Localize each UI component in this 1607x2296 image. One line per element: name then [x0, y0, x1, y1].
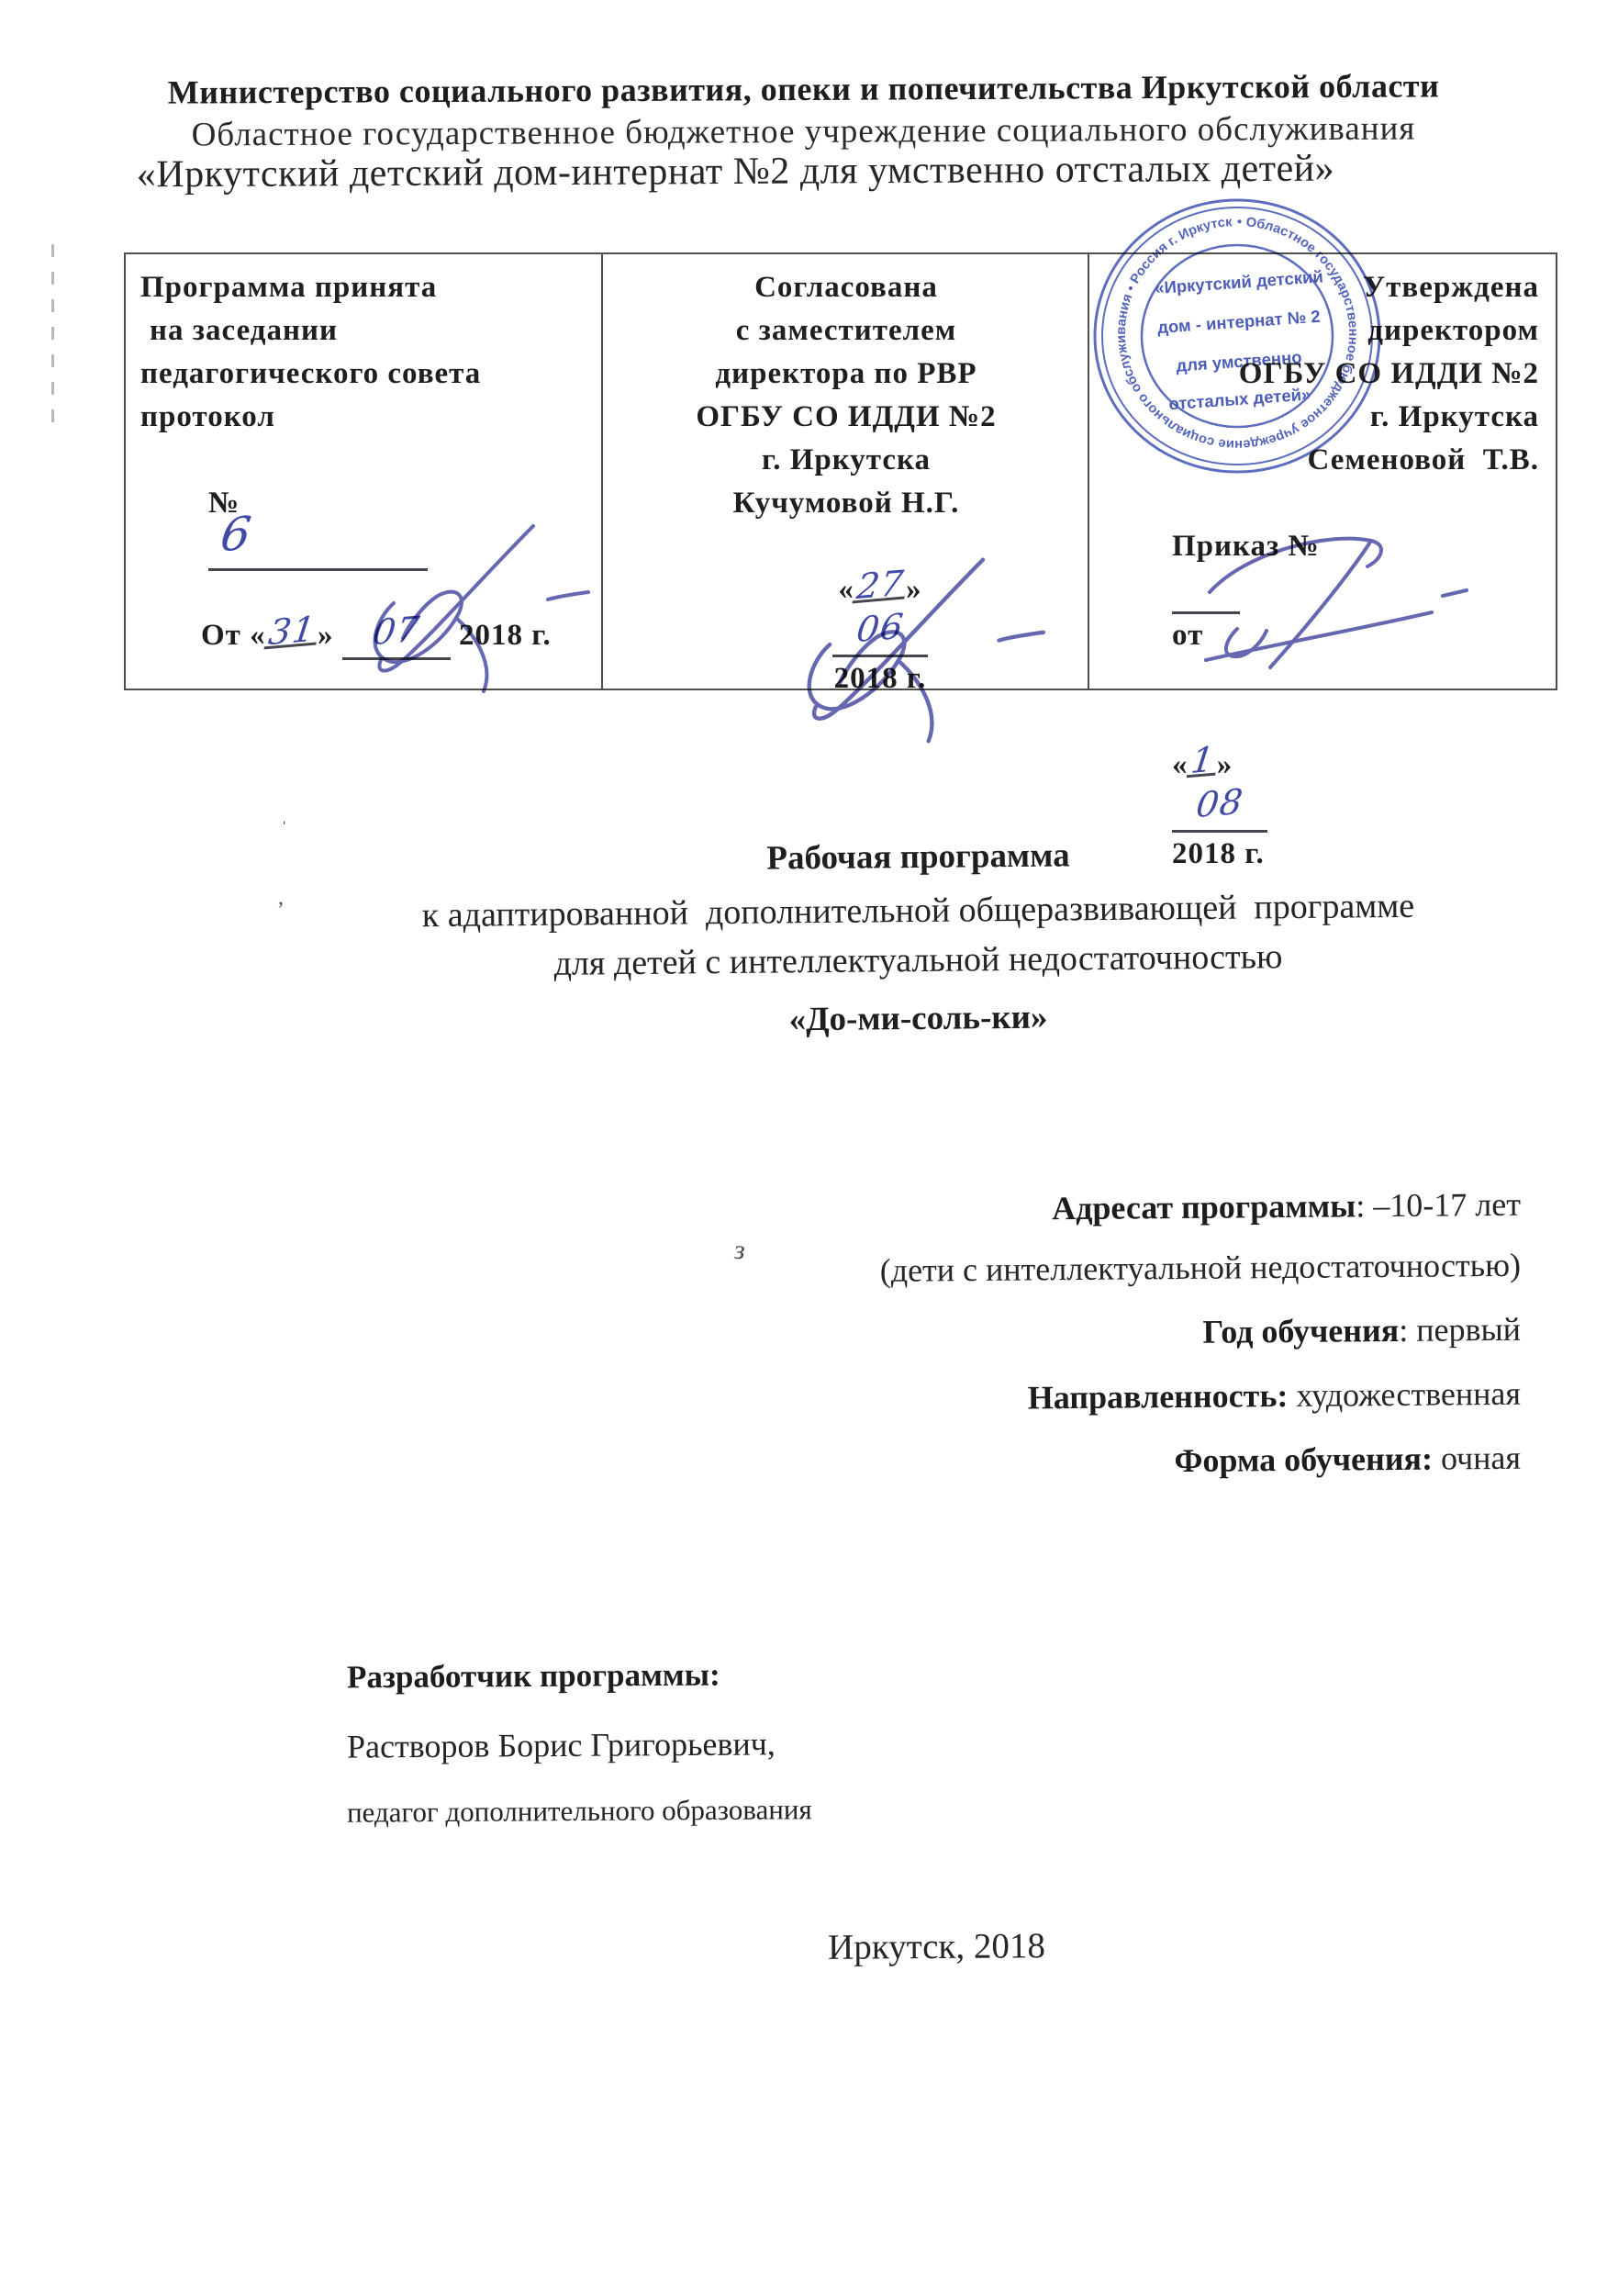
document-subtitle: для детей с интеллектуальной недостаточн…	[229, 934, 1607, 987]
handwritten-day: 1	[1186, 745, 1219, 778]
study-form-row: Форма обучения: очная	[0, 1439, 1521, 1490]
agreed-line: Согласована	[618, 266, 1075, 309]
accepted-line: Программа принята	[140, 266, 588, 309]
document-page: Министерство социального развития, опеки…	[0, 0, 1607, 2296]
agreed-line: ОГБУ СО ИДДИ №2	[618, 396, 1075, 439]
agreed-line: с заместителем	[618, 309, 1075, 353]
developer-position: педагог дополнительного образования	[347, 1793, 812, 1830]
agreed-signature	[785, 542, 1078, 748]
study-year-value: : первый	[1399, 1311, 1521, 1349]
accepted-line: на заседании	[140, 309, 588, 353]
addressee-label: Адресат программы	[1052, 1187, 1356, 1226]
study-form-label: Форма обучения:	[1174, 1440, 1433, 1479]
study-year-row: Год обучения: первый	[0, 1310, 1521, 1361]
study-form-value: очная	[1433, 1439, 1521, 1477]
quote-close: »	[318, 619, 334, 652]
direction-row: Направленность: художественная	[0, 1374, 1521, 1426]
addressee-row: Адресат программы: –10-17 лет	[0, 1185, 1521, 1237]
scan-speck: ,	[278, 886, 284, 911]
accepted-line: протокол	[140, 396, 588, 439]
stamp-center-line: «Иркутский детский	[1154, 266, 1323, 297]
study-year-label: Год обучения	[1202, 1312, 1399, 1350]
month-blank: 08	[1172, 787, 1267, 833]
ministry-line: Министерство социального развития, опеки…	[0, 65, 1607, 112]
scan-speck: з	[734, 1235, 745, 1266]
program-name: «До-ми-соль-ки»	[229, 992, 1607, 1045]
direction-value: художественная	[1288, 1375, 1521, 1414]
addressee-value: : –10-17 лет	[1356, 1186, 1521, 1225]
developer-name: Растворов Борис Григорьевич,	[347, 1724, 776, 1765]
quote-close: »	[1217, 748, 1233, 781]
agreed-line: г. Иркутска	[618, 439, 1075, 482]
institution-name-line: «Иркутский детский дом-интернат №2 для у…	[0, 145, 1539, 197]
scan-artifact-line	[51, 244, 54, 423]
document-subtitle: к адаптированной дополнительной общеразв…	[229, 884, 1607, 937]
stamp-center-line: для умственно	[1176, 347, 1302, 375]
scan-speck: ˈ	[281, 817, 287, 841]
accepted-line: педагогического совета	[140, 353, 588, 396]
round-stamp: • Областное государственное бюджетное уч…	[1090, 196, 1384, 476]
stamp-ring-text: • Областное государственное бюджетное уч…	[1114, 215, 1360, 452]
date-from-label: От	[201, 619, 241, 652]
accepted-signature	[353, 510, 619, 698]
handwritten-month: 08	[1195, 788, 1245, 819]
stamp-center-line: дом - интернат № 2	[1156, 307, 1321, 337]
approved-signature	[1193, 528, 1468, 679]
agreed-signer-name: Кучумовой Н.Г.	[618, 482, 1075, 525]
developer-label: Разработчик программы:	[347, 1657, 720, 1697]
direction-label: Направленность:	[1028, 1377, 1289, 1416]
handwritten-protocol-number: 6	[219, 520, 253, 550]
svg-text:• Областное государственное бю: • Областное государственное бюджетное уч…	[1114, 215, 1360, 452]
handwritten-day: 31	[263, 615, 319, 650]
city-year-line: Иркутск, 2018	[266, 1921, 1607, 1972]
agreed-line: директора по РВР	[618, 353, 1075, 396]
stamp-center-line: отсталых детей»	[1168, 385, 1311, 414]
addressee-note: (дети с интеллектуальной недостаточность…	[0, 1246, 1521, 1297]
